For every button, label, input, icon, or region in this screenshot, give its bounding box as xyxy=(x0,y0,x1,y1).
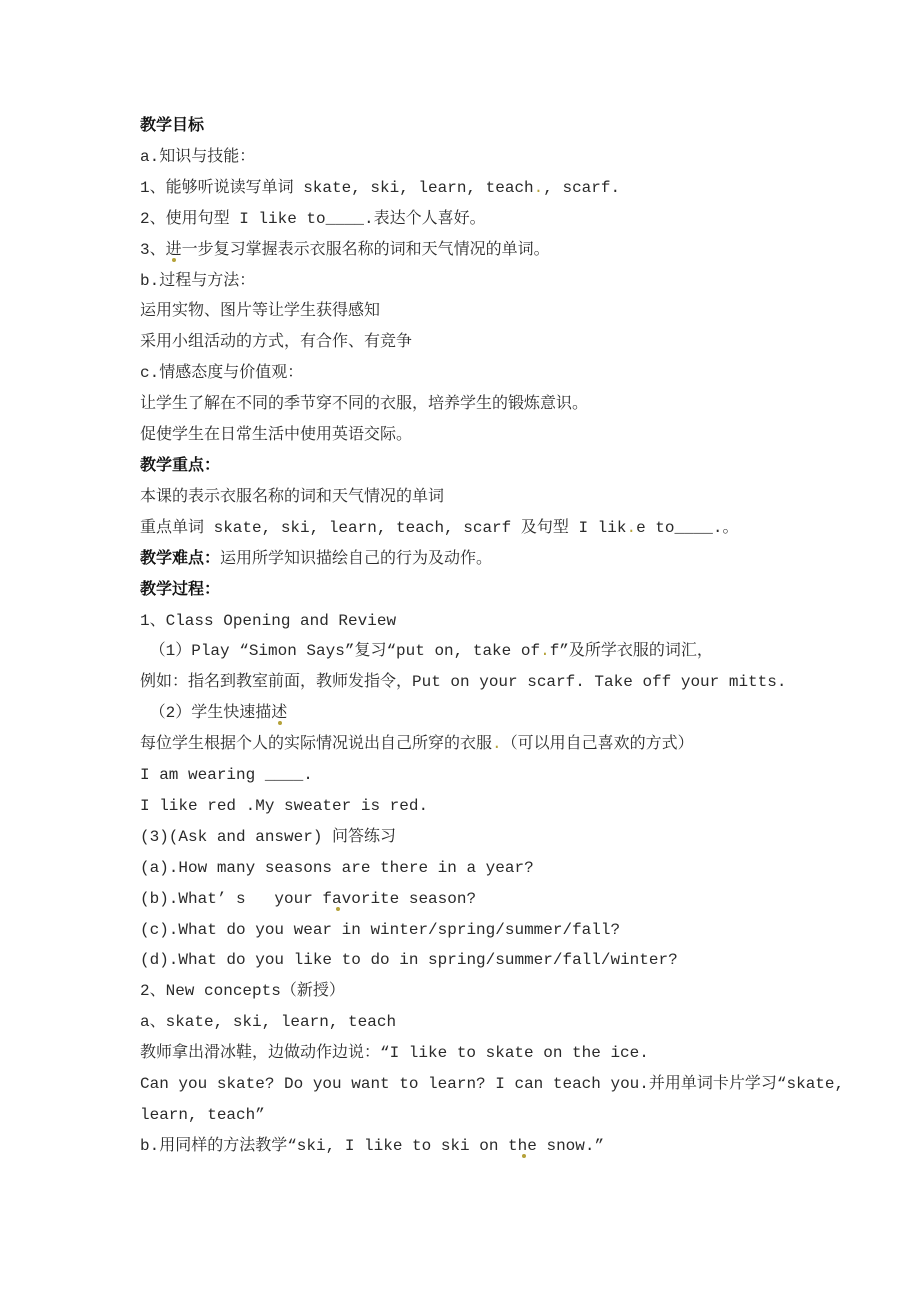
body-text: 2、使用句型 I like to____.表达个人喜好。 xyxy=(140,210,486,228)
body-text: （可以用自己喜欢的方式） xyxy=(502,735,694,753)
text-line: b.用同样的方法教学“ski, I like to ski on the sno… xyxy=(140,1131,870,1162)
body-text: 每位学生根据个人的实际情况说出自己所穿的衣服 xyxy=(140,735,492,753)
body-text: 例如：指名到教室前面，教师发指令，Put on your scarf. Take… xyxy=(140,673,786,691)
heading-text: 教学重点： xyxy=(140,457,220,475)
text-line: learn, teach” xyxy=(140,1100,870,1131)
text-line: 本课的表示衣服名称的词和天气情况的单词 xyxy=(140,482,870,513)
text-line: (c).What do you wear in winter/spring/su… xyxy=(140,915,870,946)
marked-char: a xyxy=(332,890,342,908)
marked-char: 述 xyxy=(271,704,287,722)
text-line: 例如：指名到教室前面，教师发指令，Put on your scarf. Take… xyxy=(140,667,870,698)
text-line: 2、New concepts（新授） xyxy=(140,976,870,1007)
text-line: 2、使用句型 I like to____.表达个人喜好。 xyxy=(140,204,870,235)
body-text: 运用所学知识描绘自己的行为及动作。 xyxy=(220,550,492,568)
body-text: 2、New concepts（新授） xyxy=(140,982,345,1000)
body-text: f”及所学衣服的词汇， xyxy=(550,642,713,660)
text-line: 每位学生根据个人的实际情况说出自己所穿的衣服.（可以用自己喜欢的方式） xyxy=(140,729,870,760)
text-line: a、skate, ski, learn, teach xyxy=(140,1007,870,1038)
text-line: 1、能够听说读写单词 skate, ski, learn, teach., sc… xyxy=(140,173,870,204)
text-line: 重点单词 skate, ski, learn, teach, scarf 及句型… xyxy=(140,513,870,544)
text-line: (a).How many seasons are there in a year… xyxy=(140,853,870,884)
body-text: （1）Play “Simon Says”复习“put on, take of xyxy=(140,642,540,660)
text-line: (d).What do you like to do in spring/sum… xyxy=(140,945,870,976)
body-text: learn, teach” xyxy=(140,1106,265,1124)
text-line: (3)(Ask and answer) 问答练习 xyxy=(140,822,870,853)
text-line: c.情感态度与价值观： xyxy=(140,358,870,389)
mark-dot: . xyxy=(540,642,550,660)
text-line: 让学生了解在不同的季节穿不同的衣服，培养学生的锻炼意识。 xyxy=(140,389,870,420)
body-text: b.过程与方法： xyxy=(140,272,255,290)
text-line: 3、进一步复习掌握表示衣服名称的词和天气情况的单词。 xyxy=(140,235,870,266)
body-text: e to____.。 xyxy=(636,519,738,537)
text-line: 1、Class Opening and Review xyxy=(140,606,870,637)
body-text: I am wearing ____. xyxy=(140,766,313,784)
body-text: 1、Class Opening and Review xyxy=(140,612,396,630)
text-line: 采用小组活动的方式，有合作、有竞争 xyxy=(140,327,870,358)
marked-char: h xyxy=(518,1137,528,1155)
document-content: 教学目标a.知识与技能：1、能够听说读写单词 skate, ski, learn… xyxy=(140,111,870,1162)
heading-text: 教学目标 xyxy=(140,117,204,135)
text-line: 教学过程： xyxy=(140,575,870,606)
text-line: 运用实物、图片等让学生获得感知 xyxy=(140,296,870,327)
text-line: I like red .My sweater is red. xyxy=(140,791,870,822)
text-line: I am wearing ____. xyxy=(140,760,870,791)
body-text: a、skate, ski, learn, teach xyxy=(140,1013,396,1031)
text-line: （1）Play “Simon Says”复习“put on, take of.f… xyxy=(140,636,870,667)
body-text: (a).How many seasons are there in a year… xyxy=(140,859,534,877)
text-line: 教学重点： xyxy=(140,451,870,482)
text-line: 教学难点：运用所学知识描绘自己的行为及动作。 xyxy=(140,544,870,575)
body-text: , scarf. xyxy=(543,179,620,197)
text-line: （2）学生快速描述 xyxy=(140,698,870,729)
body-text: (c).What do you wear in winter/spring/su… xyxy=(140,921,620,939)
body-text: 让学生了解在不同的季节穿不同的衣服，培养学生的锻炼意识。 xyxy=(140,395,588,413)
text-line: b.过程与方法： xyxy=(140,266,870,297)
body-text: a.知识与技能： xyxy=(140,148,255,166)
body-text: c.情感态度与价值观： xyxy=(140,364,303,382)
text-line: 教学目标 xyxy=(140,111,870,142)
body-text: 3、 xyxy=(140,241,166,259)
body-text: 1、能够听说读写单词 skate, ski, learn, teach xyxy=(140,179,534,197)
heading-text: 教学过程： xyxy=(140,581,220,599)
document-page: 教学目标a.知识与技能：1、能够听说读写单词 skate, ski, learn… xyxy=(0,0,920,1302)
body-text: I like red .My sweater is red. xyxy=(140,797,428,815)
marked-char: 进 xyxy=(166,241,182,259)
body-text: b.用同样的方法教学“ski, I like to ski on t xyxy=(140,1137,518,1155)
text-line: 促使学生在日常生活中使用英语交际。 xyxy=(140,420,870,451)
body-text: 重点单词 skate, ski, learn, teach, scarf 及句型… xyxy=(140,519,626,537)
body-text: e snow.” xyxy=(527,1137,604,1155)
body-text: (3)(Ask and answer) 问答练习 xyxy=(140,828,396,846)
text-line: a.知识与技能： xyxy=(140,142,870,173)
body-text: (b).What’ s your f xyxy=(140,890,332,908)
text-line: 教师拿出滑冰鞋，边做动作边说：“I like to skate on the i… xyxy=(140,1038,870,1069)
body-text: 教师拿出滑冰鞋，边做动作边说：“I like to skate on the i… xyxy=(140,1044,649,1062)
mark-dot: . xyxy=(492,735,502,753)
body-text: 促使学生在日常生活中使用英语交际。 xyxy=(140,426,412,444)
mark-dot: . xyxy=(626,519,636,537)
mark-dot: . xyxy=(534,179,544,197)
body-text: Can you skate? Do you want to learn? I c… xyxy=(140,1075,844,1093)
body-text: 运用实物、图片等让学生获得感知 xyxy=(140,302,380,320)
text-line: Can you skate? Do you want to learn? I c… xyxy=(140,1069,870,1100)
body-text: 本课的表示衣服名称的词和天气情况的单词 xyxy=(140,488,444,506)
text-line: (b).What’ s your favorite season? xyxy=(140,884,870,915)
body-text: 采用小组活动的方式，有合作、有竞争 xyxy=(140,333,412,351)
body-text: vorite season? xyxy=(342,890,476,908)
heading-text: 教学难点： xyxy=(140,550,220,568)
body-text: (d).What do you like to do in spring/sum… xyxy=(140,951,678,969)
body-text: 一步复习掌握表示衣服名称的词和天气情况的单词。 xyxy=(182,241,550,259)
body-text: （2）学生快速描 xyxy=(140,704,271,722)
